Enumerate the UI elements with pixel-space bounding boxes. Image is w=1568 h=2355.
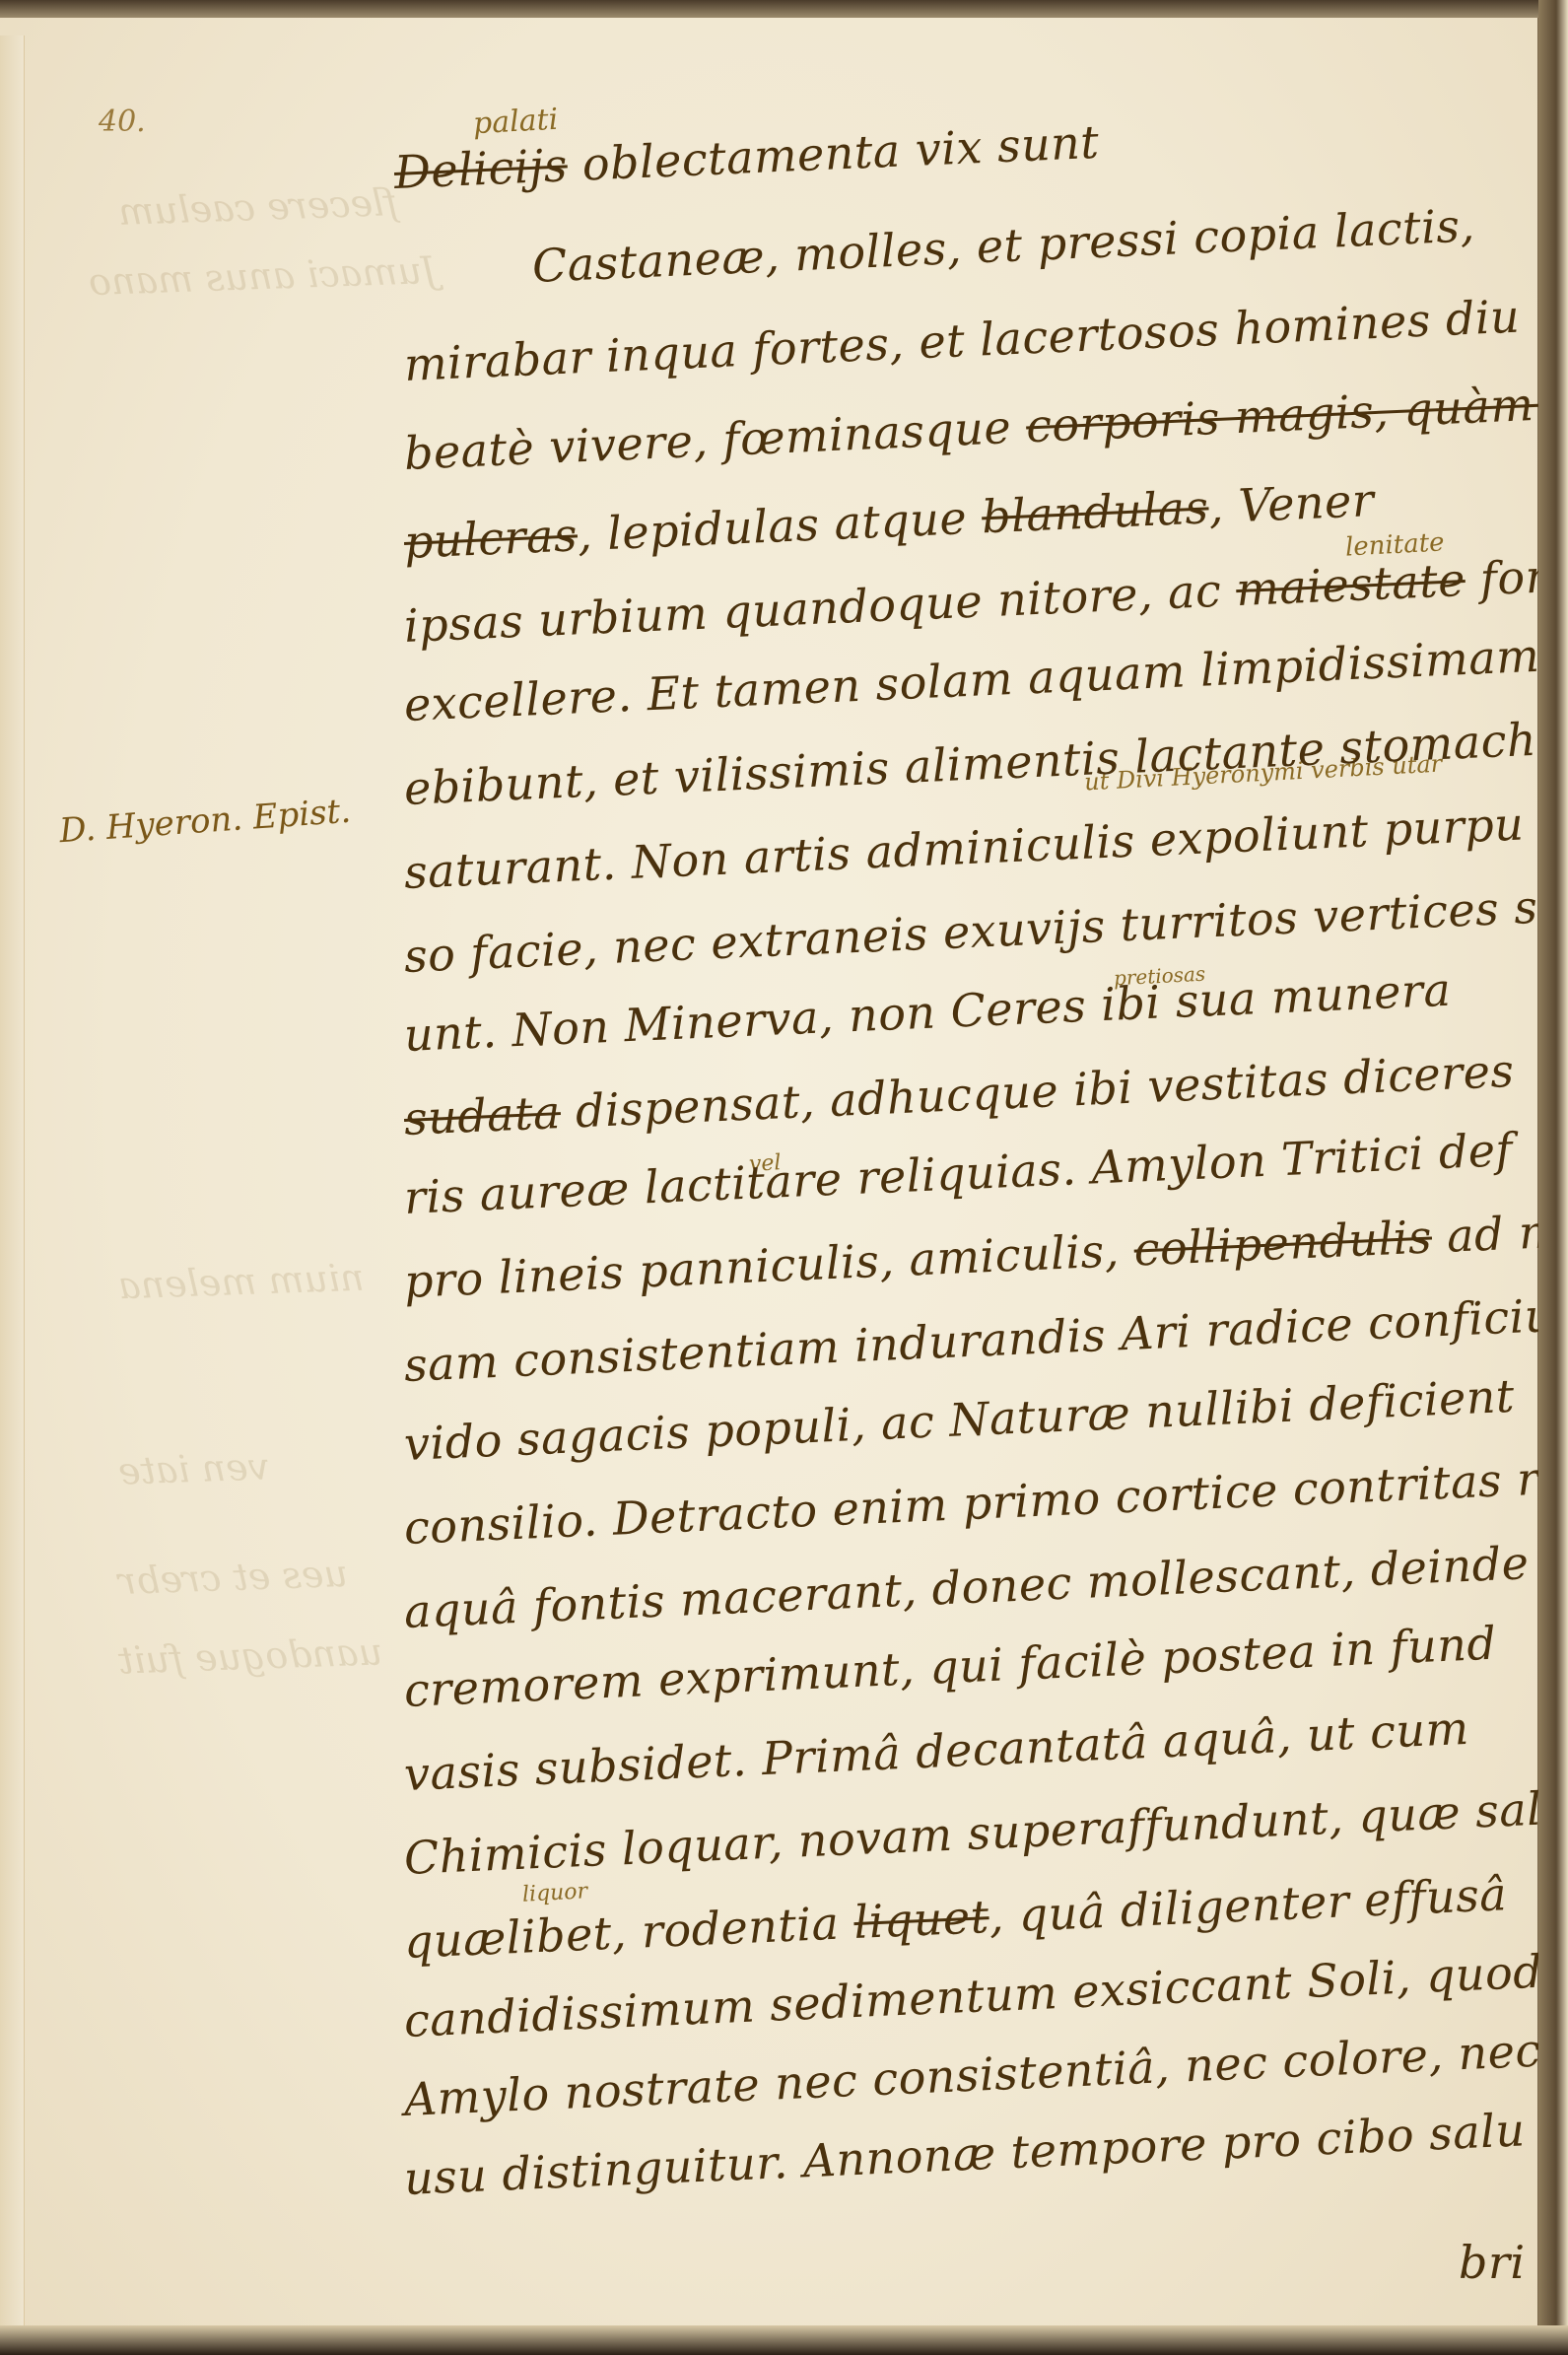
catchword: bri <box>1459 2236 1526 2289</box>
text-line-5: pulcras, lepidulas atque blandulas, Vene… <box>403 473 1375 569</box>
text-line-2: Castaneæ, molles, et pressi copia lactis… <box>531 198 1476 293</box>
text-line-11: unt. Non Minerva, non Ceres ibi sua mune… <box>403 963 1453 1062</box>
insertion-palati: palati <box>472 103 559 141</box>
folio-number: 40. <box>99 104 146 139</box>
text-line-21: Chimicis loquar, novam superaffundunt, q… <box>403 1780 1568 1885</box>
text-line-3: mirabar inqua fortes, et lacertosos homi… <box>403 290 1521 391</box>
bleed-through-text: uandogue fuit <box>117 1629 383 1682</box>
page-bottom-edge <box>0 2325 1568 2355</box>
margin-citation: D. Hyeron. Epist. <box>58 792 352 852</box>
deleted-word: Delicijs <box>393 138 569 199</box>
text-line-14: pro lineis panniculis, amiculis, collipe… <box>403 1205 1549 1308</box>
book-binding <box>1538 0 1568 2355</box>
insertion-liquor: liquor <box>521 1879 587 1906</box>
bleed-through-text: ues et crebr <box>117 1552 348 1603</box>
manuscript-page: flecere caelum Jumaci anus mano nium mel… <box>0 18 1540 2334</box>
text-line-9: saturant. Non artis adminiculis expoliun… <box>403 797 1526 899</box>
bleed-through-text: flecere caelum <box>117 180 398 234</box>
bleed-through-text: nium melena <box>117 1256 365 1308</box>
bleed-through-text: ven iate <box>117 1444 270 1492</box>
text-line-19: cremorem exprimunt, qui facilè postea in… <box>403 1617 1498 1717</box>
text-line-4: beatè vivere, fœminasque corporis magis,… <box>403 375 1568 480</box>
bleed-through-text: Jumaci anus mano <box>88 248 437 304</box>
text-line-20: vasis subsidet. Primâ decantatâ aquâ, ut… <box>403 1701 1470 1801</box>
page-fold <box>0 35 25 2352</box>
text-line-8: ebibunt, et vilissimis alimentis lactant… <box>403 713 1537 815</box>
